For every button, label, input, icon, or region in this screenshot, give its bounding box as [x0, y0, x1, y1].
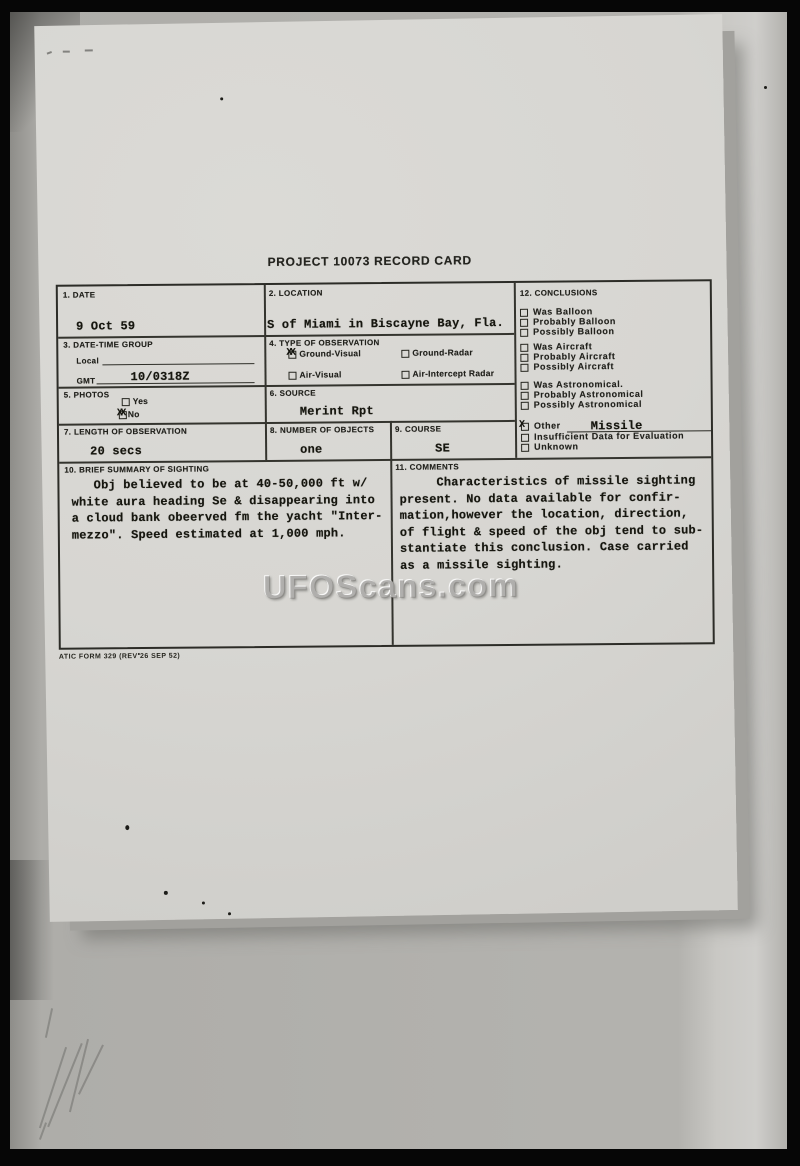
table-line — [264, 285, 267, 460]
page-title: PROJECT 10073 RECORD CARD — [268, 253, 472, 269]
stray-mark — [63, 51, 70, 53]
location-value: S of Miami in Biscayne Bay, Fla. — [267, 316, 504, 332]
option-label: Air-Intercept Radar — [412, 368, 494, 379]
source-value: Merint Rpt — [300, 404, 374, 419]
date-field-label: 1. DATE — [63, 290, 96, 299]
watermark: UFOScans.com — [181, 566, 601, 608]
ink-speck — [164, 891, 168, 895]
option-air-visual: Air-Visual — [288, 369, 341, 379]
form-number: ATIC FORM 329 (REV 26 SEP 52) — [59, 653, 180, 661]
ink-speck — [125, 825, 129, 830]
comments-label: 11. COMMENTS — [395, 462, 459, 472]
option-ground-visual: XX Ground-Visual — [288, 348, 361, 359]
photos-field-label: 5. PHOTOS — [64, 390, 110, 399]
conclusions-label: 12. CONCLUSIONS — [520, 288, 598, 298]
checkbox-icon — [401, 370, 408, 377]
checkbox-icon: X — [521, 422, 528, 429]
course-value: SE — [435, 441, 450, 455]
number-of-objects-label: 8. NUMBER OF OBJECTS — [270, 425, 374, 435]
stray-mark — [47, 51, 52, 55]
location-field-label: 2. LOCATION — [269, 288, 323, 297]
option-label: Ground-Visual — [299, 348, 361, 359]
date-time-group-label: 3. DATE-TIME GROUP — [63, 340, 153, 350]
conclusion-item: Insufficient Data for Evaluation — [519, 430, 713, 442]
ink-speck — [138, 653, 140, 655]
option-label: Air-Visual — [299, 369, 341, 379]
record-card-page: PROJECT 10073 RECORD CARD 1. DATE 9 Oct … — [34, 14, 738, 922]
x-overstrike: XX — [117, 408, 124, 419]
gmt-value: 10/0318Z — [130, 370, 189, 384]
option-photos-no: XX No — [119, 409, 140, 419]
record-card: PROJECT 10073 RECORD CARD 1. DATE 9 Oct … — [37, 20, 732, 922]
conclusion-item: Unknown — [519, 440, 713, 452]
table-line — [59, 456, 711, 463]
local-underline — [102, 351, 254, 365]
course-label: 9. COURSE — [395, 425, 441, 434]
table-line — [58, 333, 514, 338]
brief-summary-text: Obj believed to be at 40-50,000 ft w/ wh… — [71, 475, 387, 544]
option-label: Yes — [133, 396, 148, 406]
other-underline: Missile — [567, 418, 711, 432]
table-line — [59, 420, 515, 425]
option-label: Ground-Radar — [412, 347, 473, 358]
table-line — [390, 421, 393, 645]
option-ground-radar: Ground-Radar — [401, 347, 473, 358]
length-of-observation-label: 7. LENGTH OF OBSERVATION — [64, 427, 187, 437]
option-photos-yes: Yes — [122, 396, 148, 406]
conclusion-item: Possibly Astronomical — [519, 398, 713, 410]
brief-summary-label: 10. BRIEF SUMMARY OF SIGHTING — [64, 464, 209, 474]
ink-speck — [202, 902, 205, 905]
ink-speck — [228, 912, 231, 915]
checkbox-icon — [122, 398, 129, 405]
gmt-label: GMT — [77, 376, 96, 385]
checkbox-icon: XX — [119, 411, 126, 418]
conclusions-list: Was Balloon Probably Balloon Possibly Ba… — [518, 305, 713, 457]
table-line — [514, 283, 517, 458]
conclusion-item: Possibly Balloon — [518, 325, 712, 337]
stray-mark — [85, 49, 93, 51]
number-of-objects-value: one — [300, 443, 322, 457]
local-label: Local — [76, 356, 99, 365]
x-overstrike: X — [519, 419, 523, 430]
comments-text: Characteristics of missile sighting pres… — [399, 472, 718, 574]
option-label: No — [128, 409, 140, 419]
conclusion-item: Possibly Aircraft — [518, 360, 712, 372]
option-label: Other — [534, 421, 561, 431]
ink-speck — [764, 86, 767, 89]
checkbox-icon — [288, 371, 295, 378]
checkbox-icon — [401, 349, 408, 356]
option-air-intercept-radar: Air-Intercept Radar — [401, 368, 494, 379]
length-of-observation-value: 20 secs — [90, 444, 142, 458]
checkbox-icon: XX — [288, 350, 295, 357]
ink-speck — [220, 97, 223, 100]
source-field-label: 6. SOURCE — [270, 389, 316, 398]
date-value: 9 Oct 59 — [76, 319, 135, 333]
x-overstrike: XX — [286, 347, 293, 358]
document-scan: PROJECT 10073 RECORD CARD 1. DATE 9 Oct … — [0, 0, 800, 1166]
